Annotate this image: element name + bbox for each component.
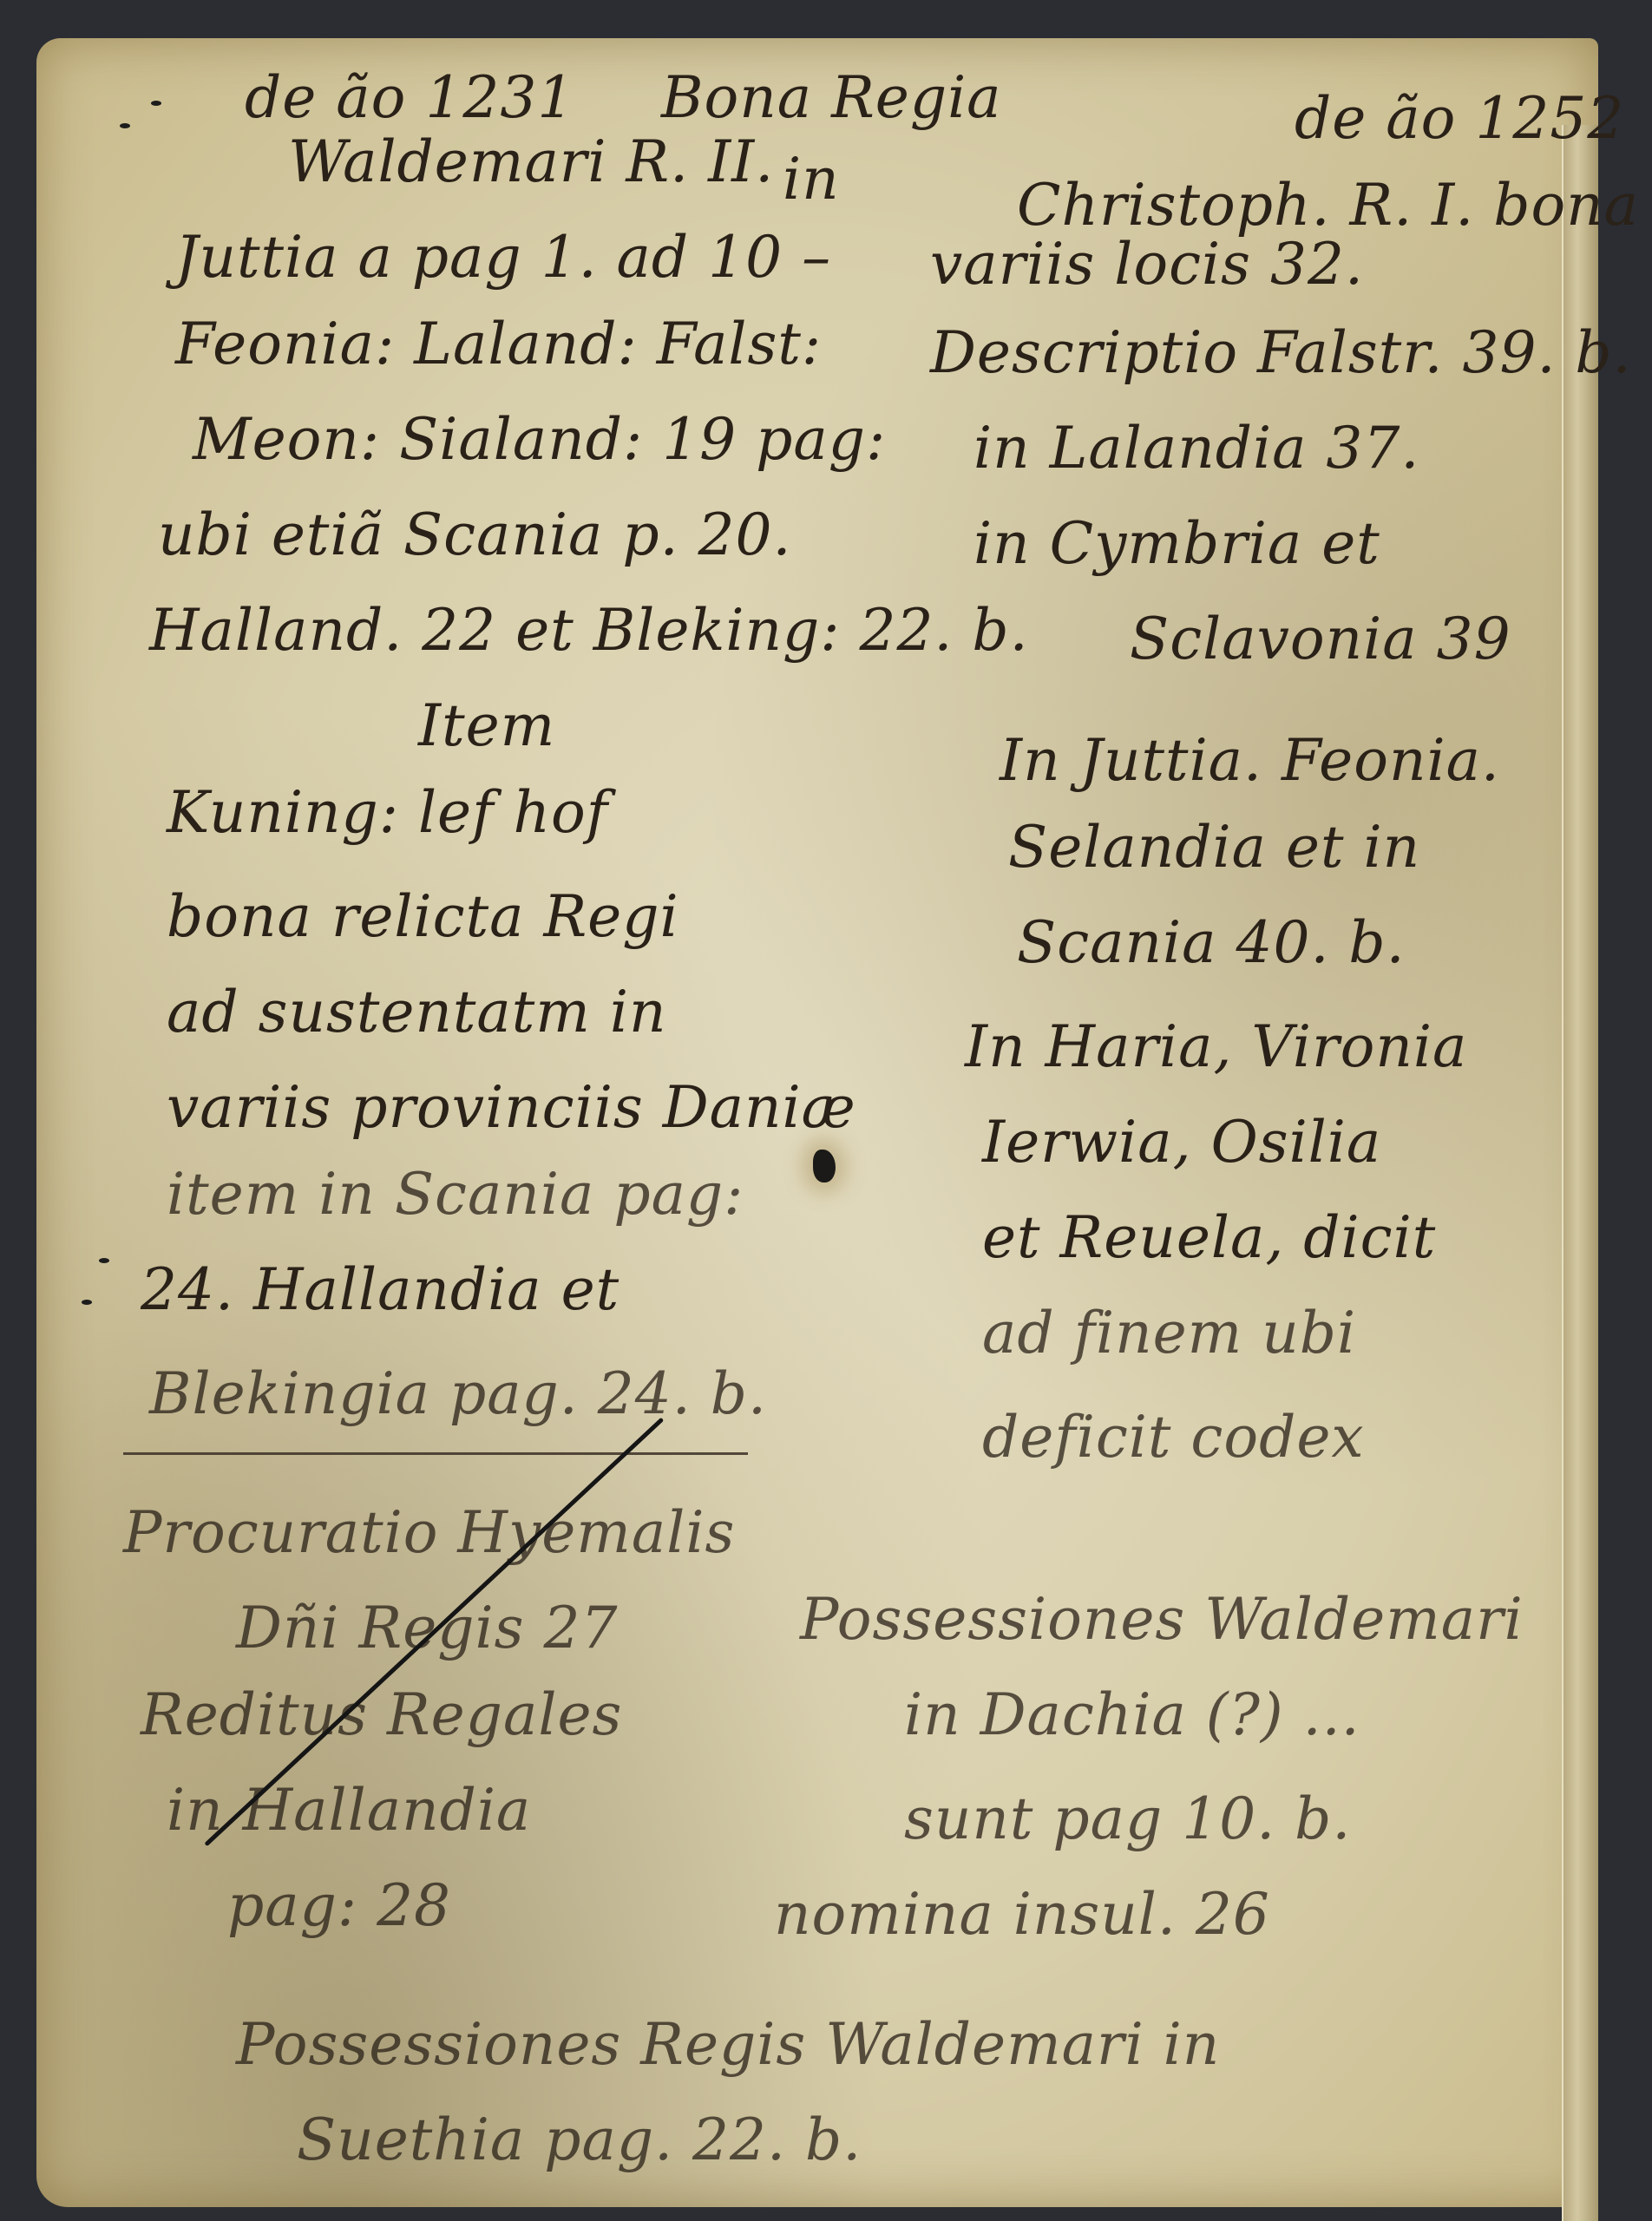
header-title: Bona Regia (661, 69, 1002, 127)
worm-hole (120, 123, 130, 128)
item-line-5: item in Scania pag: (167, 1166, 744, 1223)
left-line-3: Meon: Sialand: 19 pag: (193, 411, 886, 468)
right-header-places: variis locis 32. (930, 236, 1364, 293)
possessiones-line-4: nomina insul. 26 (774, 1886, 1270, 1943)
right-header-king: Christoph. R. I. bona (1017, 177, 1639, 234)
left-line-5: Halland. 22 et Bleking: 22. b. (149, 602, 1029, 659)
procuratio-line-3: Reditus Regales (141, 1687, 622, 1744)
item-heading: Item (418, 698, 555, 755)
footer-line-2: Suethia pag. 22. b. (297, 2112, 862, 2169)
left-header-in: in (783, 151, 840, 208)
procuratio-line-5: pag: 28 (227, 1877, 451, 1935)
right-block-line-3: Scania 40. b. (1017, 914, 1406, 972)
item-line-1: Kuning: lef hof (167, 784, 608, 842)
item-line-2: bona relicta Regi (167, 888, 679, 946)
worm-hole (151, 101, 161, 106)
right-block-line-7: ad finem ubi (982, 1305, 1356, 1362)
right-block-line-5: Ierwia, Osilia (982, 1114, 1381, 1171)
left-line-4: ubi etiã Scania p. 20. (158, 507, 792, 564)
right-block-line-6: et Reuela, dicit (982, 1209, 1436, 1267)
left-line-2: Feonia: Laland: Falst: (175, 316, 822, 373)
binding-spine (1562, 125, 1598, 2221)
item-line-6: 24. Hallandia et (141, 1261, 619, 1319)
right-line-3: in Cymbria et (973, 515, 1380, 573)
procuratio-line-1: Procuratio Hyemalis (123, 1504, 735, 1562)
possessiones-line-3: sunt pag 10. b. (904, 1791, 1351, 1848)
right-block-line-8: deficit codex (982, 1409, 1365, 1466)
footer-line-1: Possessiones Regis Waldemari in (236, 2016, 1220, 2074)
item-line-3: ad sustentatm in (167, 984, 666, 1041)
left-line-1: Juttia a pag 1. ad 10 – (175, 229, 831, 286)
section-divider (123, 1452, 748, 1455)
manuscript-page: de ão 1231 Bona Regia Waldemari R. II. i… (36, 38, 1598, 2207)
possessiones-line-1: Possessiones Waldemari (800, 1591, 1524, 1648)
right-line-2: in Lalandia 37. (973, 420, 1419, 477)
item-line-7: Blekingia pag. 24. b. (149, 1366, 767, 1423)
right-line-1: Descriptio Falstr. 39. b. (930, 324, 1632, 382)
ink-burn-hole (813, 1150, 836, 1183)
possessiones-line-2: in Dachia (?) ... (904, 1687, 1360, 1744)
left-header-king: Waldemari R. II. (288, 134, 774, 191)
right-line-4: Sclavonia 39 (1130, 611, 1511, 668)
left-header-year: de ão 1231 (245, 69, 574, 127)
procuratio-line-2: Dñi Regis 27 (236, 1600, 618, 1657)
right-block-line-4: In Haria, Vironia (965, 1019, 1467, 1076)
right-block-line-2: Selandia et in (1008, 819, 1420, 876)
worm-hole (82, 1300, 92, 1305)
worm-hole (99, 1258, 109, 1263)
right-block-line-1: In Juttia. Feonia. (1000, 732, 1500, 789)
right-header-year: de ão 1252 (1295, 90, 1624, 147)
item-line-4: variis provinciis Daniæ (167, 1079, 856, 1137)
